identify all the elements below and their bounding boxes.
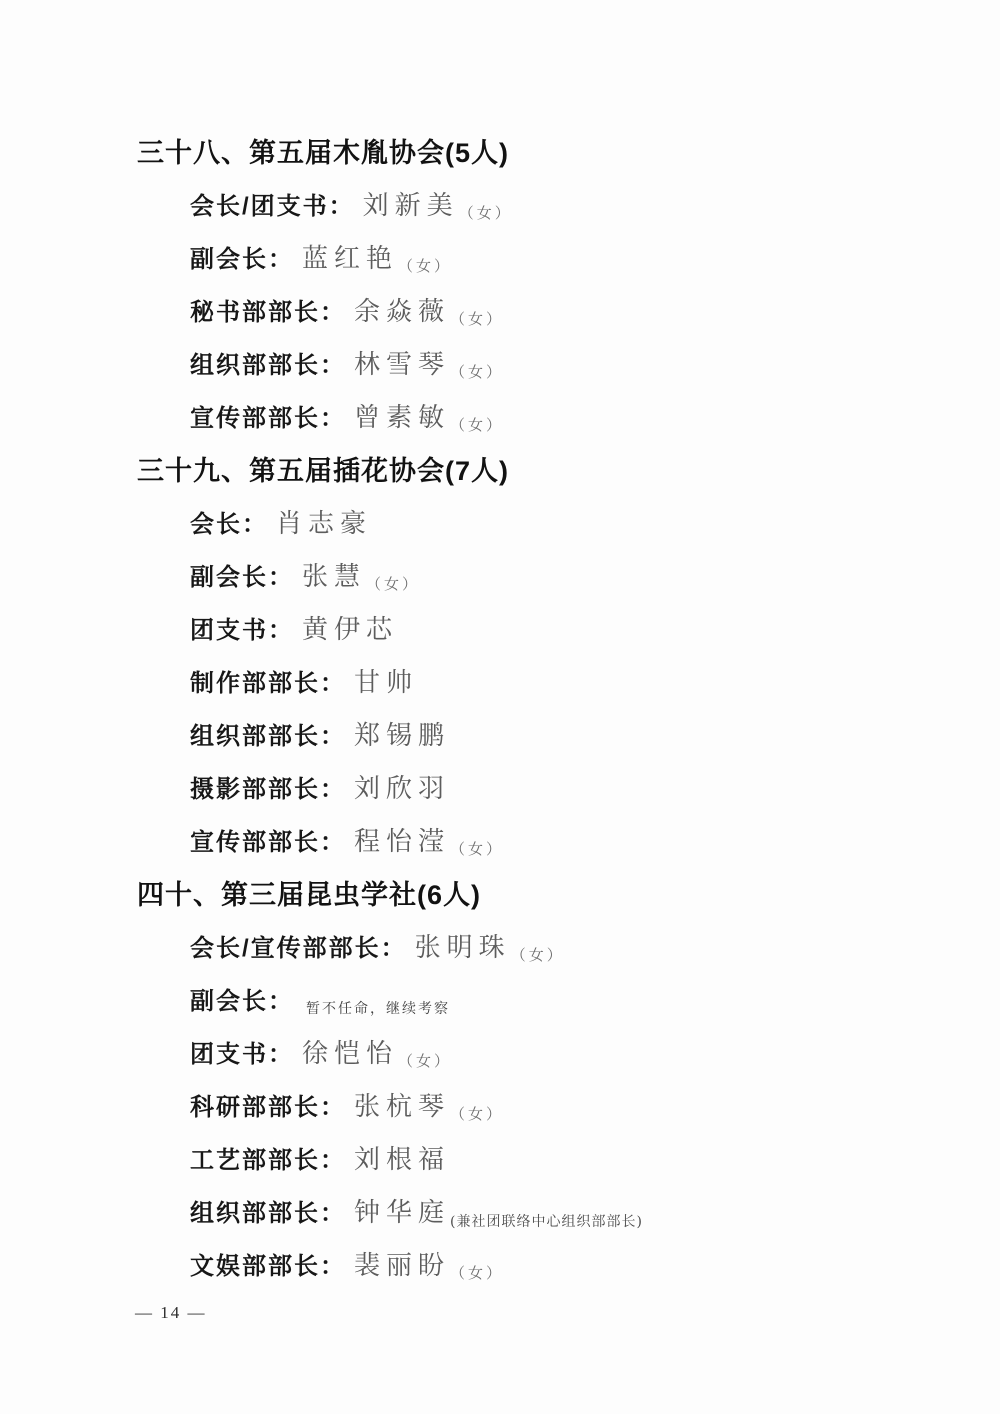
gender-suffix: （女）	[366, 575, 420, 593]
member-name: 钟华庭	[354, 1198, 450, 1228]
section-title: 三十八、第五届木胤协会(5人)	[137, 127, 1000, 180]
officer-row: 摄影部部长：刘欣羽	[190, 763, 1000, 816]
officer-row: 宣传部部长：程怡滢（女）	[190, 816, 1000, 869]
gender-suffix: （女）	[459, 204, 513, 222]
officer-row: 科研部部长：张杭琴（女）	[190, 1081, 1000, 1134]
role-label: 组织部部长：	[190, 1200, 346, 1227]
role-label: 副会长：	[190, 246, 294, 273]
member-name: 刘欣羽	[354, 774, 450, 804]
role-label: 组织部部长：	[190, 723, 346, 750]
role-label: 工艺部部长：	[190, 1147, 346, 1174]
member-name: 余焱薇	[354, 297, 450, 327]
gender-suffix: （女）	[450, 363, 504, 381]
role-label: 团支书：	[190, 617, 294, 644]
role-label: 秘书部部长：	[190, 299, 346, 326]
role-label: 科研部部长：	[190, 1094, 346, 1121]
member-name: 裴丽盼	[354, 1251, 450, 1281]
member-name: 黄伊芯	[302, 615, 398, 645]
officer-row: 秘书部部长：余焱薇（女）	[190, 286, 1000, 339]
page-number: — 14 —	[135, 1303, 1000, 1323]
gender-suffix: （女）	[450, 840, 504, 858]
section-title: 三十九、第五届插花协会(7人)	[137, 445, 1000, 498]
role-label: 宣传部部长：	[190, 829, 346, 856]
gender-suffix: （女）	[398, 1052, 452, 1070]
officer-row: 会长：肖志豪	[190, 498, 1000, 551]
gender-suffix: （女）	[450, 1264, 504, 1282]
officer-row: 工艺部部长：刘根福	[190, 1134, 1000, 1187]
member-name: 甘帅	[354, 668, 418, 698]
officer-row: 组织部部长：钟华庭(兼社团联络中心组织部部长)	[190, 1187, 1000, 1240]
role-label: 组织部部长：	[190, 352, 346, 379]
role-label: 会长/团支书：	[190, 193, 355, 220]
officer-row: 副会长：蓝红艳（女）	[190, 233, 1000, 286]
officer-row: 团支书：徐恺怡（女）	[190, 1028, 1000, 1081]
role-label: 副会长：	[190, 988, 294, 1015]
section-wood-carving-assoc: 三十八、第五届木胤协会(5人) 会长/团支书：刘新美（女） 副会长：蓝红艳（女）…	[0, 127, 1000, 445]
member-name: 刘新美	[363, 191, 459, 221]
officer-row: 副会长：张慧（女）	[190, 551, 1000, 604]
member-name: 蓝红艳	[302, 244, 398, 274]
officer-row-vacant: 副会长：暂不任命，继续考察	[190, 975, 1000, 1028]
gender-suffix: （女）	[450, 310, 504, 328]
document-page: 三十八、第五届木胤协会(5人) 会长/团支书：刘新美（女） 副会长：蓝红艳（女）…	[0, 0, 1000, 1414]
role-label: 文娱部部长：	[190, 1253, 346, 1280]
officer-row: 会长/宣传部部长：张明珠（女）	[190, 922, 1000, 975]
gender-suffix: （女）	[398, 257, 452, 275]
concurrent-post-note: (兼社团联络中心组织部部长)	[450, 1214, 643, 1230]
officer-row: 组织部部长：林雪琴（女）	[190, 339, 1000, 392]
member-name: 张杭琴	[354, 1092, 450, 1122]
member-name: 程怡滢	[354, 827, 450, 857]
member-name: 刘根福	[354, 1145, 450, 1175]
member-name: 曾素敏	[354, 403, 450, 433]
officer-row: 会长/团支书：刘新美（女）	[190, 180, 1000, 233]
section-insect-society: 四十、第三届昆虫学社(6人) 会长/宣传部部长：张明珠（女） 副会长：暂不任命，…	[0, 869, 1000, 1293]
member-name: 林雪琴	[354, 350, 450, 380]
gender-suffix: （女）	[450, 1105, 504, 1123]
officer-row: 文娱部部长：裴丽盼（女）	[190, 1240, 1000, 1293]
role-label: 制作部部长：	[190, 670, 346, 697]
officer-row: 制作部部长：甘帅	[190, 657, 1000, 710]
role-label: 摄影部部长：	[190, 776, 346, 803]
role-label: 会长/宣传部部长：	[190, 935, 407, 962]
section-title: 四十、第三届昆虫学社(6人)	[137, 869, 1000, 922]
member-name: 肖志豪	[276, 509, 372, 539]
gender-suffix: （女）	[511, 946, 565, 964]
role-label: 副会长：	[190, 564, 294, 591]
role-label: 会长：	[190, 511, 268, 538]
member-name: 徐恺怡	[302, 1039, 398, 1069]
member-name: 郑锡鹏	[354, 721, 450, 751]
officer-row: 宣传部部长：曾素敏（女）	[190, 392, 1000, 445]
vacancy-note: 暂不任命，继续考察	[306, 1001, 450, 1017]
section-flower-arrangement-assoc: 三十九、第五届插花协会(7人) 会长：肖志豪 副会长：张慧（女） 团支书：黄伊芯…	[0, 445, 1000, 869]
officer-row: 组织部部长：郑锡鹏	[190, 710, 1000, 763]
role-label: 宣传部部长：	[190, 405, 346, 432]
gender-suffix: （女）	[450, 416, 504, 434]
role-label: 团支书：	[190, 1041, 294, 1068]
officer-row: 团支书：黄伊芯	[190, 604, 1000, 657]
member-name: 张明珠	[415, 933, 511, 963]
member-name: 张慧	[302, 562, 366, 592]
